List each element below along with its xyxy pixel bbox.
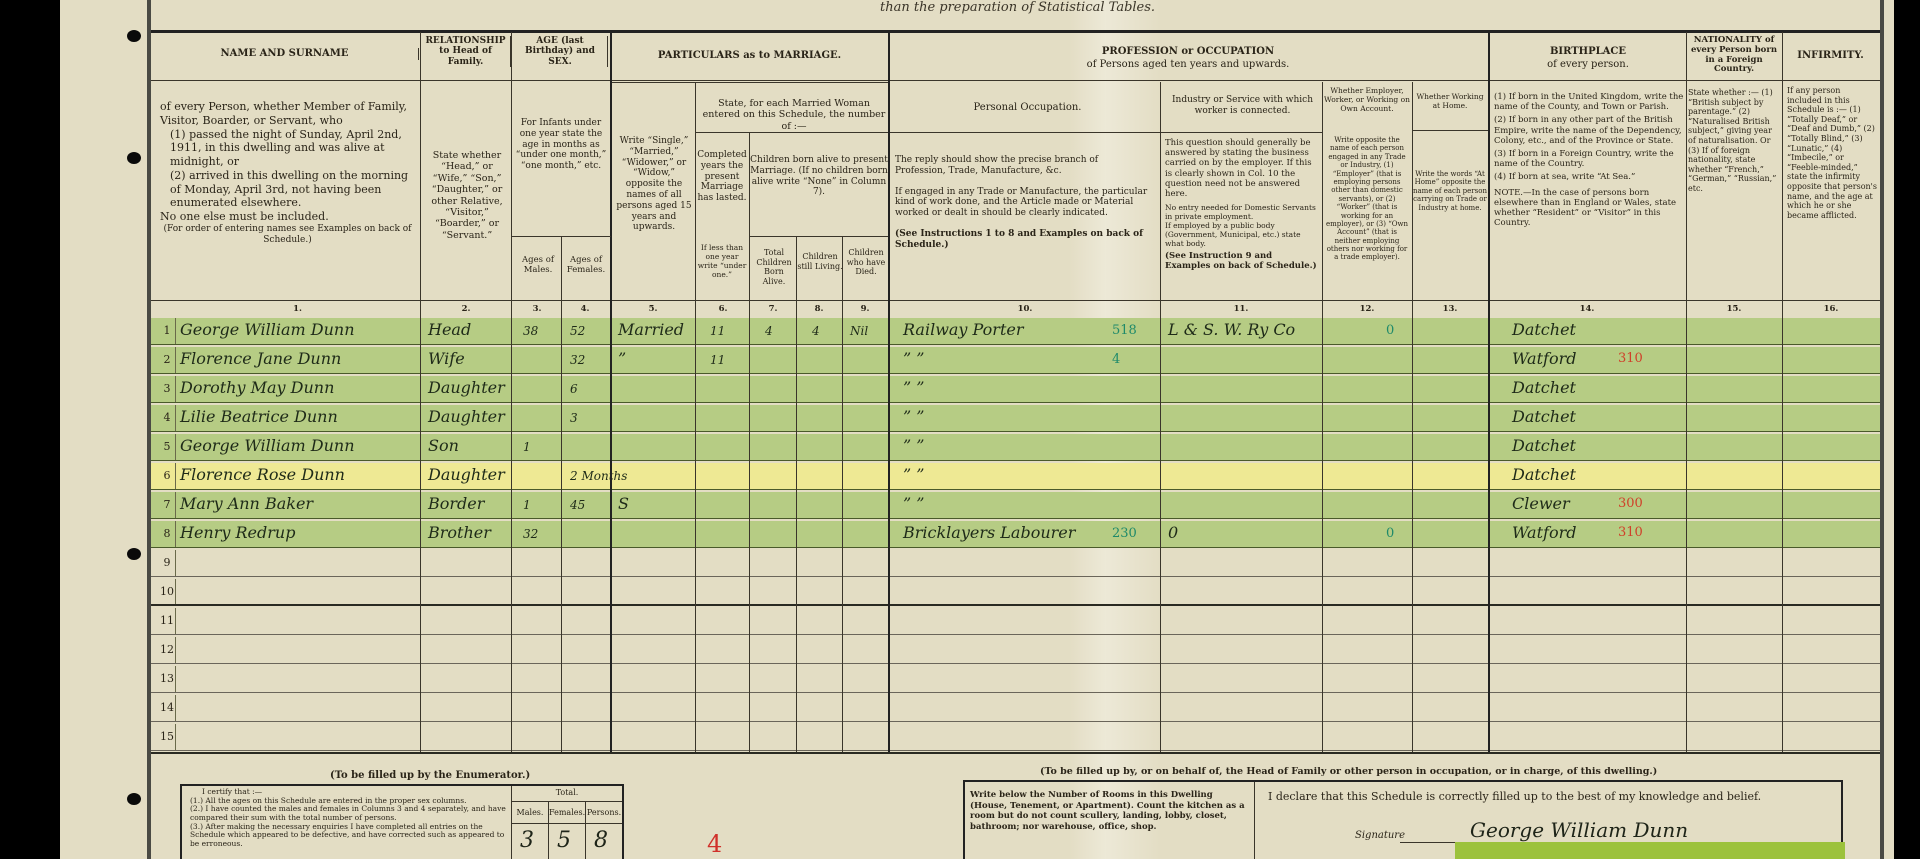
cell-birthplace: Datchet [1512, 465, 1576, 484]
divider [175, 579, 176, 604]
divider [1160, 82, 1161, 752]
divider [695, 82, 696, 752]
occupation-instruction: The reply should show the precise branch… [895, 155, 1150, 177]
cell-marital-status: S [618, 494, 629, 513]
cell-occupation: Bricklayers Labourer [903, 523, 1075, 542]
divider [175, 550, 176, 576]
cell-birthplace: Datchet [1512, 378, 1576, 397]
table-row: 1George William DunnHead3852Married1144N… [151, 318, 1880, 345]
head-section-title: (To be filled up by, or on behalf of, th… [1040, 766, 1657, 777]
industry-label: Industry or Service with which worker is… [1165, 95, 1320, 117]
divider [1782, 32, 1783, 752]
birthplace-instruction: (2) If born in any other part of the Bri… [1494, 115, 1684, 146]
column-number: 4. [561, 304, 609, 314]
row-number: 11 [159, 614, 175, 627]
column-number: 1. [175, 304, 420, 314]
cell-relationship: Head [428, 320, 471, 339]
row-number: 4 [159, 411, 175, 424]
row-number: 5 [159, 440, 175, 453]
divider [175, 347, 176, 373]
divider [512, 823, 622, 824]
employer-label: Whether Employer, Worker, or Working on … [1324, 86, 1410, 113]
divider [695, 132, 888, 133]
divider [175, 666, 176, 692]
divider [175, 318, 176, 344]
cell-relationship: Brother [428, 523, 491, 542]
certify-item: (2.) I have counted the males and female… [190, 805, 510, 822]
personal-occupation-label: Personal Occupation. [895, 102, 1160, 114]
divider [151, 300, 1880, 301]
column-number: 12. [1322, 304, 1412, 314]
divider [1488, 32, 1490, 752]
table-row: 2Florence Jane DunnWife32”11” ”4Watford3… [151, 347, 1880, 374]
divider [1160, 132, 1322, 133]
cell-age-male: 32 [523, 527, 538, 541]
birthplace-instruction: (4) If born at sea, write “At Sea.” [1494, 172, 1684, 182]
column-number: 9. [842, 304, 888, 314]
industry-instructions: This question should generally be answer… [1165, 138, 1320, 272]
cell-relationship: Border [428, 494, 484, 513]
divider [175, 434, 176, 460]
cell-children-died: Nil [850, 324, 868, 338]
name-instruction: No one else must be included. [160, 210, 415, 224]
industry-instruction: (See Instruction 9 and Examples on back … [1165, 251, 1320, 271]
divider [151, 80, 1880, 81]
table-row: 14 [151, 695, 1880, 722]
occupation-code: 518 [1112, 323, 1137, 338]
cell-children-living: 4 [812, 324, 820, 338]
table-row: 7Mary Ann BakerBorder145S” ”Clewer300 [151, 492, 1880, 519]
header-birthplace: BIRTHPLACE [1490, 46, 1686, 58]
column-number: 5. [612, 304, 694, 314]
name-instruction: of every Person, whether Member of Famil… [160, 100, 415, 128]
persons-total: 8 [594, 828, 608, 853]
rooms-instruction: Write below the Number of Rooms in this … [970, 790, 1250, 833]
header-age: AGE (last Birthday) and SEX. [513, 36, 608, 67]
top-note: than the preparation of Statistical Tabl… [880, 0, 1155, 15]
cell-age-female: 45 [570, 498, 585, 512]
table-row: 6Florence Rose DunnDaughter2 Months” ”Da… [151, 463, 1880, 490]
divider [585, 802, 586, 859]
column-number: 16. [1782, 304, 1880, 314]
column-number: 7. [750, 304, 796, 314]
table-row: 3Dorothy May DunnDaughter6” ”Datchet [151, 376, 1880, 403]
column-number: 8. [796, 304, 842, 314]
cell-industry: 0 [1168, 523, 1178, 542]
cell-occupation: ” ” [903, 407, 924, 426]
occupation-code: 230 [1112, 526, 1137, 541]
cell-years-married: 11 [710, 353, 725, 367]
cell-name: Dorothy May Dunn [180, 378, 334, 397]
cell-name: Mary Ann Baker [180, 494, 313, 513]
ages-males-label: Ages of Males. [515, 255, 561, 275]
cell-birthplace: Watford [1512, 349, 1576, 368]
name-instruction: (2) arrived in this dwelling on the morn… [160, 169, 415, 210]
divider [175, 405, 176, 431]
divider [1686, 32, 1687, 752]
row-number: 8 [159, 527, 175, 540]
column-number: 11. [1160, 304, 1322, 314]
birthplace-instruction: (3) If born in a Foreign Country, write … [1494, 149, 1684, 169]
divider [561, 236, 562, 752]
occupation-instruction: If engaged in any Trade or Manufacture, … [895, 187, 1150, 219]
persons-label: Persons. [586, 808, 622, 818]
divider [175, 637, 176, 663]
cell-employer: 0 [1386, 323, 1394, 338]
cell-age-male: 1 [523, 498, 531, 512]
divider [548, 802, 549, 859]
birthplace-code: 310 [1618, 525, 1643, 540]
cell-name: George William Dunn [180, 436, 355, 455]
cell-occupation: ” ” [903, 378, 924, 397]
name-instruction: (For order of entering names see Example… [160, 224, 415, 247]
table-row: 10 [151, 579, 1880, 606]
cell-occupation: ” ” [903, 465, 924, 484]
declaration: I declare that this Schedule is correctl… [1268, 790, 1828, 803]
row-number: 14 [159, 701, 175, 714]
table-row: 9 [151, 550, 1880, 577]
divider [890, 132, 1160, 133]
header-birthplace-sub: of every person. [1490, 59, 1686, 71]
header-profession-sub: of Persons aged ten years and upwards. [890, 59, 1486, 71]
divider [796, 236, 797, 752]
row-number: 12 [159, 643, 175, 656]
married-woman-instructions: State, for each Married Woman entered on… [700, 98, 888, 132]
divider [175, 521, 176, 547]
at-home-label: Whether Working at Home. [1413, 92, 1487, 110]
cell-birthplace: Datchet [1512, 320, 1576, 339]
enumerator-title: (To be filled up by the Enumerator.) [330, 770, 530, 781]
table-row: 5George William DunnSon1” ”Datchet [151, 434, 1880, 461]
cell-age-female: 3 [570, 411, 578, 425]
children-died-label: Children who have Died. [844, 248, 888, 277]
cell-name: Florence Rose Dunn [180, 465, 345, 484]
divider [151, 30, 1880, 33]
birthplace-instruction: (1) If born in the United Kingdom, write… [1494, 92, 1684, 112]
cell-occupation: Railway Porter [903, 320, 1024, 339]
cell-industry: L & S. W. Ry Co [1168, 320, 1295, 339]
cell-name: George William Dunn [180, 320, 355, 339]
row-number: 1 [159, 324, 175, 337]
females-total: 5 [557, 828, 571, 853]
punch-hole [127, 152, 141, 164]
cell-age-male: 1 [523, 440, 531, 454]
row-number: 9 [159, 556, 175, 569]
industry-instruction: This question should generally be answer… [1165, 138, 1320, 199]
occupation-instruction: (See Instructions 1 to 8 and Examples on… [895, 229, 1150, 251]
table-row: 8Henry RedrupBrother32Bricklayers Labour… [151, 521, 1880, 548]
row-number: 3 [159, 382, 175, 395]
cell-age-female: 52 [570, 324, 585, 338]
table-row: 15 [151, 724, 1880, 751]
cell-occupation: ” ” [903, 349, 924, 368]
column-number: 15. [1686, 304, 1782, 314]
industry-instruction: No entry needed for Domestic Servants in… [1165, 203, 1320, 221]
divider [1412, 130, 1488, 131]
column-number: 14. [1488, 304, 1686, 314]
males-label: Males. [512, 808, 548, 818]
red-annotation: 4 [707, 830, 722, 858]
occupation-instructions: The reply should show the precise branch… [895, 155, 1150, 251]
column-number: 10. [890, 304, 1160, 314]
cell-age-female: 32 [570, 353, 585, 367]
punch-hole [127, 793, 141, 805]
punch-hole [127, 30, 141, 42]
cell-name: Lilie Beatrice Dunn [180, 407, 338, 426]
table-row: 13 [151, 666, 1880, 693]
nationality-instructions: State whether :— (1) “British subject by… [1688, 88, 1778, 194]
divider [151, 752, 1880, 754]
cell-children-born: 4 [765, 324, 773, 338]
cell-occupation: ” ” [903, 494, 924, 513]
divider [511, 32, 512, 752]
birthplace-code: 300 [1618, 496, 1643, 511]
cell-relationship: Daughter [428, 465, 505, 484]
punch-hole [127, 548, 141, 560]
header-relationship: RELATIONSHIP to Head of Family. [421, 36, 511, 67]
name-instruction: (1) passed the night of Sunday, April 2n… [160, 128, 415, 169]
column-number: 13. [1412, 304, 1488, 314]
header-nationality: NATIONALITY of every Person born in a Fo… [1688, 36, 1780, 75]
column-number: 3. [513, 304, 561, 314]
divider [175, 695, 176, 721]
cell-relationship: Wife [428, 349, 465, 368]
cell-birthplace: Datchet [1512, 436, 1576, 455]
table-row: 12 [151, 637, 1880, 664]
at-home-instructions: Write the words “At Home” opposite the n… [1413, 170, 1487, 212]
header-infirmity: INFIRMITY. [1783, 50, 1878, 62]
divider [1322, 82, 1323, 752]
row-number: 7 [159, 498, 175, 511]
cell-name: Florence Jane Dunn [180, 349, 341, 368]
divider [175, 492, 176, 518]
cell-name: Henry Redrup [180, 523, 295, 542]
divider [175, 724, 176, 750]
divider [175, 463, 176, 489]
signature-label: Signature [1355, 830, 1405, 842]
divider [842, 236, 843, 752]
header-name: NAME AND SURNAME [151, 48, 419, 60]
signature: George William Dunn [1470, 818, 1688, 842]
occupation-code: 4 [1112, 352, 1120, 367]
divider [1412, 82, 1413, 752]
cell-relationship: Son [428, 436, 459, 455]
cell-marital-status: ” [618, 349, 626, 368]
divider [1254, 782, 1255, 859]
header-marriage: PARTICULARS as to MARRIAGE. [612, 50, 887, 62]
row-number: 13 [159, 672, 175, 685]
divider [511, 236, 611, 237]
divider [749, 236, 888, 237]
marital-instructions: Write “Single,” “Married,” “Widower,” or… [614, 136, 694, 233]
cell-relationship: Daughter [428, 407, 505, 426]
divider [175, 376, 176, 402]
children-born-instructions: Children born alive to present Marriage.… [750, 155, 888, 198]
divider [175, 608, 176, 634]
row-number: 10 [159, 585, 175, 598]
birthplace-code: 310 [1618, 351, 1643, 366]
industry-instruction: If employed by a public body (Government… [1165, 221, 1320, 248]
cell-birthplace: Datchet [1512, 407, 1576, 426]
cell-relationship: Daughter [428, 378, 505, 397]
row-number: 2 [159, 353, 175, 366]
cell-marital-status: Married [618, 320, 684, 339]
infirmity-instructions: If any person included in this Schedule … [1787, 86, 1877, 220]
table-row: 4Lilie Beatrice DunnDaughter3” ”Datchet [151, 405, 1880, 432]
divider [612, 82, 888, 83]
completed-years-label: Completed years the present Marriage has… [697, 150, 747, 204]
column-number: 2. [421, 304, 511, 314]
row-number: 15 [159, 730, 175, 743]
males-total: 3 [520, 828, 534, 853]
relationship-instructions: State whether “Head,” or “Wife,” “Son,” … [425, 150, 509, 241]
age-instructions: For Infants under one year state the age… [515, 118, 607, 172]
column-number: 6. [696, 304, 750, 314]
females-label: Females. [549, 808, 585, 818]
name-instructions: of every Person, whether Member of Famil… [160, 100, 415, 246]
certify-item: (3.) After making the necessary enquirie… [190, 823, 510, 849]
cell-birthplace: Watford [1512, 523, 1576, 542]
cell-years-married: 11 [710, 324, 725, 338]
cell-occupation: ” ” [903, 436, 924, 455]
table-row: 11 [151, 608, 1880, 635]
certification-text: I certify that :— (1.) All the ages on t… [190, 788, 510, 848]
birthplace-instructions: (1) If born in the United Kingdom, write… [1494, 92, 1684, 228]
cell-age-female: 2 Months [570, 469, 627, 483]
cell-employer: 0 [1386, 526, 1394, 541]
divider [420, 32, 421, 752]
redaction-overlay [1455, 842, 1845, 859]
divider [888, 32, 890, 752]
completed-years-note: If less than one year write “under one.” [697, 243, 747, 279]
header-profession: PROFESSION or OCCUPATION [890, 46, 1486, 58]
divider [512, 801, 622, 802]
birthplace-note: NOTE.—In the case of persons born elsewh… [1494, 188, 1684, 229]
cell-birthplace: Clewer [1512, 494, 1570, 513]
total-label: Total. [512, 788, 622, 798]
cell-age-female: 6 [570, 382, 578, 396]
ages-females-label: Ages of Females. [562, 255, 610, 275]
total-children-label: Total Children Born Alive. [752, 248, 796, 286]
divider [610, 32, 612, 752]
row-number: 6 [159, 469, 175, 482]
divider [749, 132, 750, 752]
employer-instructions: Write opposite the name of each person e… [1324, 136, 1410, 262]
children-living-label: Children still Living. [797, 252, 843, 271]
cell-age-male: 38 [523, 324, 538, 338]
